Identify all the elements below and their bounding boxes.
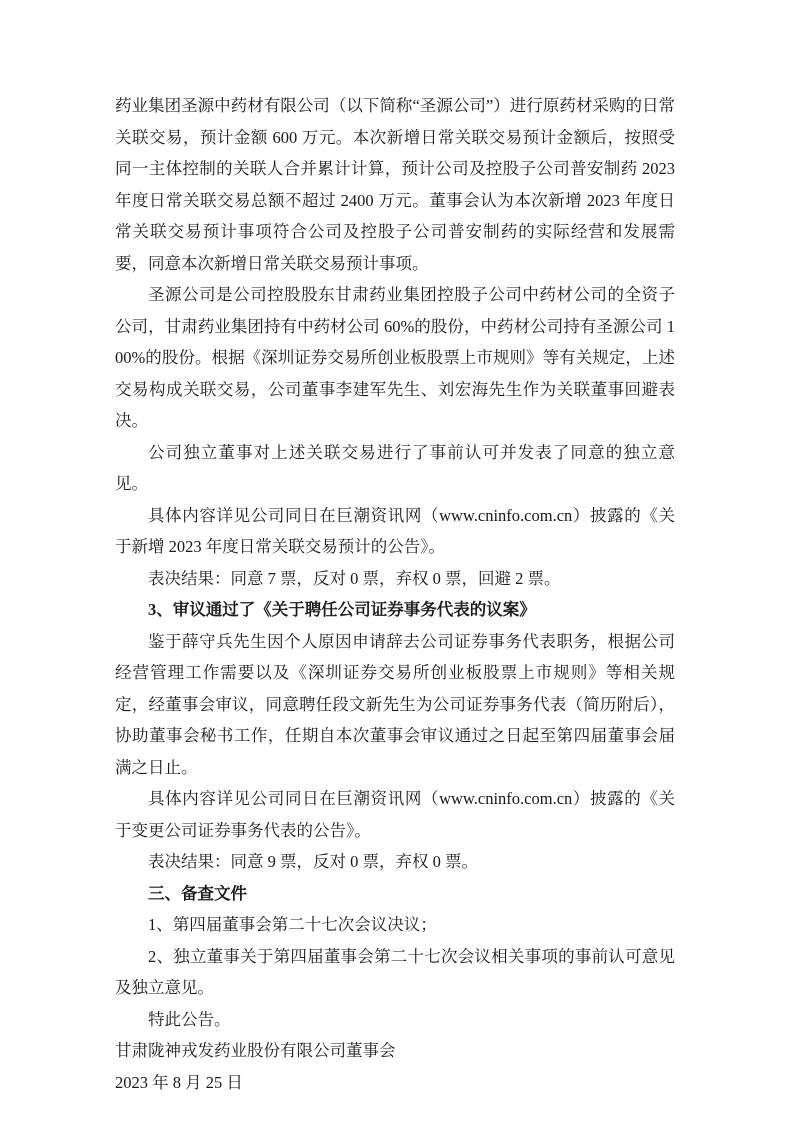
body-paragraph-disclosure-reference-2: 具体内容详见公司同日在巨潮资讯网（www.cninfo.com.cn）披露的《关… <box>115 783 675 846</box>
body-paragraph-appointment-details: 鉴于薛守兵先生因个人原因申请辞去公司证券事务代表职务，根据公司经营管理工作需要以… <box>115 626 675 784</box>
section-heading-reference-documents: 三、备查文件 <box>115 878 675 910</box>
closing-statement: 特此公告。 <box>115 1004 675 1036</box>
vote-result-item-3: 表决结果：同意 9 票，反对 0 票，弃权 0 票。 <box>115 846 675 878</box>
continuation-paragraph: 药业集团圣源中药材有限公司（以下简称“圣源公司”）进行原药材采购的日常关联交易，… <box>115 90 675 279</box>
body-paragraph-related-party-structure: 圣源公司是公司控股股东甘肃药业集团控股子公司中药材公司的全资子公司，甘肃药业集团… <box>115 279 675 437</box>
resolution-heading-item-3: 3、审议通过了《关于聘任公司证券事务代表的议案》 <box>115 594 675 626</box>
announcement-page: 药业集团圣源中药材有限公司（以下简称“圣源公司”）进行原药材采购的日常关联交易，… <box>0 0 793 1122</box>
vote-result-item-2: 表决结果：同意 7 票，反对 0 票，弃权 0 票，回避 2 票。 <box>115 563 675 595</box>
signature-date: 2023 年 8 月 25 日 <box>115 1067 675 1099</box>
body-paragraph-independent-directors-opinion: 公司独立董事对上述关联交易进行了事前认可并发表了同意的独立意见。 <box>115 437 675 500</box>
reference-document-item-1: 1、第四届董事会第二十七次会议决议； <box>115 909 675 941</box>
reference-document-item-2: 2、独立董事关于第四届董事会第二十七次会议相关事项的事前认可意见及独立意见。 <box>115 941 675 1004</box>
body-paragraph-disclosure-reference-1: 具体内容详见公司同日在巨潮资讯网（www.cninfo.com.cn）披露的《关… <box>115 500 675 563</box>
signature-company-board: 甘肃陇神戎发药业股份有限公司董事会 <box>115 1035 675 1067</box>
